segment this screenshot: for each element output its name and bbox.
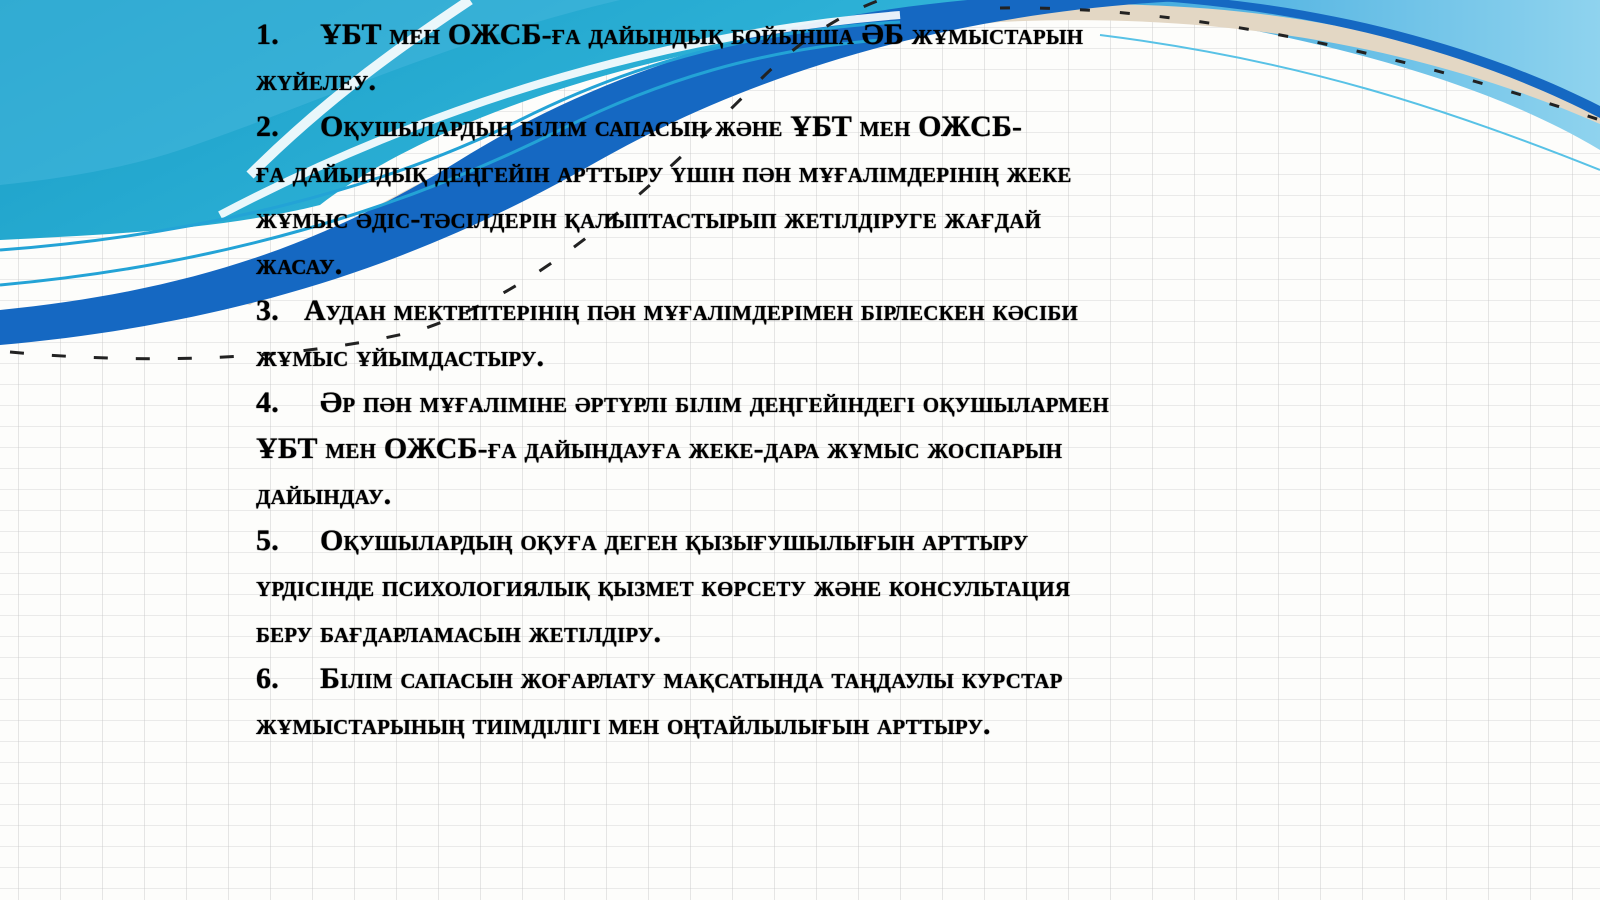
item-text: жасау.	[256, 242, 1316, 288]
slide-content: 1.ҰБТ мен ОЖСБ-ға дайындық бойынша ӘБ жұ…	[256, 12, 1316, 748]
item-text: жұмыс ұйымдастыру.	[256, 334, 1316, 380]
list-item-3: 3.Аудан мектептерінің пән мұғалімдерімен…	[256, 288, 1316, 380]
item-text: беру бағдарламасын жетілдіру.	[256, 610, 1316, 656]
item-number: 6.	[256, 656, 320, 702]
item-text: ҰБТ мен ОЖСБ-ға дайындауға жеке-дара жұм…	[256, 426, 1316, 472]
item-text: жұмыстарының тиімділігі мен оңтайлылығын…	[256, 702, 1316, 748]
item-text: Білім сапасын жоғарлату мақсатында таңда…	[320, 662, 1063, 695]
item-text: жүйелеу.	[256, 58, 1316, 104]
item-text: Аудан мектептерінің пән мұғалімдерімен б…	[304, 294, 1078, 327]
list-item-5: 5.Оқушылардың оқуға деген қызығушылығын …	[256, 518, 1316, 656]
item-number: 1.	[256, 12, 320, 58]
item-number: 3.	[256, 288, 304, 334]
item-text: үрдісінде психологиялық қызмет көрсету ж…	[256, 564, 1316, 610]
item-number: 2.	[256, 104, 320, 150]
item-text: Оқушылардың білім сапасын және ҰБТ мен О…	[320, 110, 1022, 143]
item-text: Оқушылардың оқуға деген қызығушылығын ар…	[320, 524, 1028, 557]
item-text: жұмыс әдіс-тәсілдерін қалыптастырып жеті…	[256, 196, 1316, 242]
list-item-4: 4.Әр пән мұғаліміне әртүрлі білім деңгей…	[256, 380, 1316, 518]
list-item-6: 6.Білім сапасын жоғарлату мақсатында таң…	[256, 656, 1316, 748]
item-text: дайындау.	[256, 472, 1316, 518]
item-text: ҰБТ мен ОЖСБ-ға дайындық бойынша ӘБ жұмы…	[320, 18, 1083, 51]
item-number: 4.	[256, 380, 320, 426]
list-item-2: 2.Оқушылардың білім сапасын және ҰБТ мен…	[256, 104, 1316, 288]
item-number: 5.	[256, 518, 320, 564]
list-item-1: 1.ҰБТ мен ОЖСБ-ға дайындық бойынша ӘБ жұ…	[256, 12, 1316, 104]
item-text: Әр пән мұғаліміне әртүрлі білім деңгейін…	[320, 386, 1109, 419]
item-text: ға дайындық деңгейін арттыру үшін пән мұ…	[256, 150, 1316, 196]
